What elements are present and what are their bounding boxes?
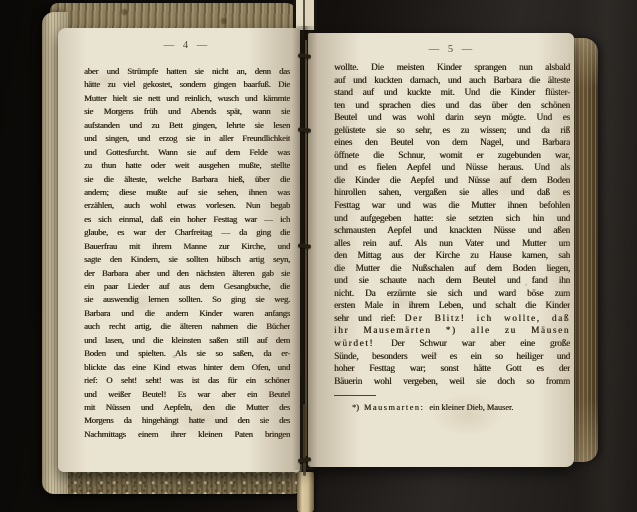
text-line: wollte. Die meisten Kinder sprangen nun …	[334, 62, 570, 75]
text-line: und Gottesfurcht. Wann sie auf dem Felde…	[84, 146, 290, 159]
text-segment: sehr und rief:	[334, 314, 405, 324]
text-line: Bauerfrau mit ihrem Manne zur Kirche, un…	[84, 240, 290, 253]
text-line: hinrollen sahen, vergaßen sie alles und …	[334, 187, 570, 200]
text-line: alles rein auf. Als nun Vater und Mutter…	[334, 238, 570, 251]
page-number-left: — 4 —	[84, 40, 290, 51]
text-line: blickte das eine Kind etwas hinter dem O…	[84, 361, 290, 374]
text-line: auf und kuckten darnach, und auch Barbar…	[334, 75, 570, 88]
text-line: würdet! Der Schwur war aber eine große	[334, 338, 570, 351]
text-line: erzählen, auch wohl etwas vorlesen. Nun …	[84, 199, 290, 212]
text-line: die Kinder die Aepfel und Nüsse auf dem …	[334, 175, 570, 188]
text-line: den Mittag aus der Kirche zu Hause kamen…	[334, 250, 570, 263]
text-line: ten und sprachen dies und das über den s…	[334, 100, 570, 113]
page-number-right: — 5 —	[334, 44, 570, 55]
text-line: Nachmittags einem ihrer kleinen Paten br…	[84, 428, 290, 441]
text-line: sagte den Kindern, sie sollten hübsch ar…	[84, 253, 290, 266]
text-line: sehr und rief: Der Blitz! ich wollte, da…	[334, 313, 570, 326]
text-line: und singen, und erzog sie in aller Freun…	[84, 132, 290, 145]
book-photo-scene: — 4 — aber und Strümpfe hatten sie nicht…	[0, 0, 637, 512]
text-line: sie die älteste, welche Barbara hieß, üb…	[84, 173, 290, 186]
text-line: es sich einmal, daß ein hoher Festtag wa…	[84, 213, 290, 226]
text-line: sie Morgens früh und Abends spät, wann s…	[84, 105, 290, 118]
text-line: gelüstete sie so sehr, es zu wissen; und…	[334, 125, 570, 138]
text-line: rief: O seht! seht! was ist das für ein …	[84, 374, 290, 387]
text-line: Morgens da hingehängt hatte und den sie …	[84, 414, 290, 427]
text-line: Mutter hielt sie nett und reinlich, wusc…	[84, 92, 290, 105]
support-stick	[297, 472, 314, 512]
text-line: Barbara und die andern Kinder waren anfa…	[84, 307, 290, 320]
text-line: und aufgegeben hatte: sie setzten sich h…	[334, 213, 570, 226]
text-line: ihr Mausemärten *) alle zu Mäusen	[334, 325, 570, 338]
text-line: Beutel und was wohl darin seyn mögte. Un…	[334, 112, 570, 125]
text-line: die Mutter die Nußschalen auf dem Boden …	[334, 263, 570, 276]
fore-edge-right	[571, 38, 598, 462]
text-line: und sie schaute nach dem Beutel und fand…	[334, 275, 570, 288]
text-line: nicht. Da erzürnte sie sich und ward bös…	[334, 288, 570, 301]
text-segment: Der Schwur war aber eine große	[391, 339, 570, 349]
text-line: andern; diese mußte auf sie sehen, ihnen…	[84, 186, 290, 199]
emphasized-text: würdet!	[334, 339, 391, 349]
text-line: Festtag war und was die Mutter ihnen bef…	[334, 200, 570, 213]
text-line: auch recht artig, die älteren nahmen die…	[84, 320, 290, 333]
text-line: sie auswendig lernen sollten. So ging si…	[84, 293, 290, 306]
text-line: hätte zu viel gekostet, sondern gingen b…	[84, 78, 290, 91]
binding-thread-end	[303, 404, 306, 476]
text-line: Bäuerin wohl vergeben, weil sie doch so …	[334, 376, 570, 389]
right-page-text: wollte. Die meisten Kinder sprangen nun …	[334, 62, 570, 388]
text-line: glaube, es war der Charfreitag — da ging…	[84, 226, 290, 239]
text-line: stand auf und kuckte mit. Und die Kinder…	[334, 87, 570, 100]
left-page-text: aber und Strümpfe hatten sie nicht an, d…	[84, 65, 290, 441]
footnote-divider	[334, 395, 376, 396]
text-line: Boden und spielten. Als sie so saßen, da…	[84, 347, 290, 360]
binding-headband	[293, 0, 317, 30]
text-line: mit Nüssen und Aepfeln, den die Mutter d…	[84, 401, 290, 414]
left-page: — 4 — aber und Strümpfe hatten sie nicht…	[58, 28, 300, 472]
footnote: *)Mausmarten:ein kleiner Dieb, Mauser.	[352, 403, 570, 412]
text-line: hoher Festtag war; sonst hätte Gott es d…	[334, 363, 570, 376]
text-line: eines den Beutel von dem Nagel, und Barb…	[334, 137, 570, 150]
text-line: öffnete die Schnur, womit er zugebunden …	[334, 150, 570, 163]
emphasized-text: Der Blitz! ich wollte, daß	[405, 314, 570, 324]
text-line: und lasen, und die kleinsten saßen still…	[84, 334, 290, 347]
footnote-definition: ein kleiner Dieb, Mauser.	[429, 403, 513, 412]
binding-thread	[305, 40, 307, 456]
text-line: der Barbara aber und den nächsten ältere…	[84, 267, 290, 280]
text-line: zu thun hatte oder weit ausgehen mußte, …	[84, 159, 290, 172]
right-page: — 5 — wollte. Die meisten Kinder sprange…	[308, 33, 574, 467]
text-line: schmausten Aepfel und knackten Nüsse und…	[334, 225, 570, 238]
text-line: Sünde, besonders weil es ein so heiliger…	[334, 351, 570, 364]
footnote-marker: *)	[352, 403, 359, 412]
text-line: und weißer Beutel! Es war aber ein Beute…	[84, 388, 290, 401]
text-line: aufstanden und zu Bett gingen, lehrte si…	[84, 119, 290, 132]
emphasized-text: ihr Mausemärten *) alle zu Mäusen	[334, 326, 570, 336]
text-line: ersten Male in ihrem Leben, und schalt d…	[334, 300, 570, 313]
text-line: aber und Strümpfe hatten sie nicht an, d…	[84, 65, 290, 78]
text-line: ein paar Lieder auf aus dem Gesangbuche,…	[84, 280, 290, 293]
footnote-term: Mausmarten:	[364, 403, 424, 412]
text-line: und es fielen Aepfel und Nüsse heraus. U…	[334, 162, 570, 175]
